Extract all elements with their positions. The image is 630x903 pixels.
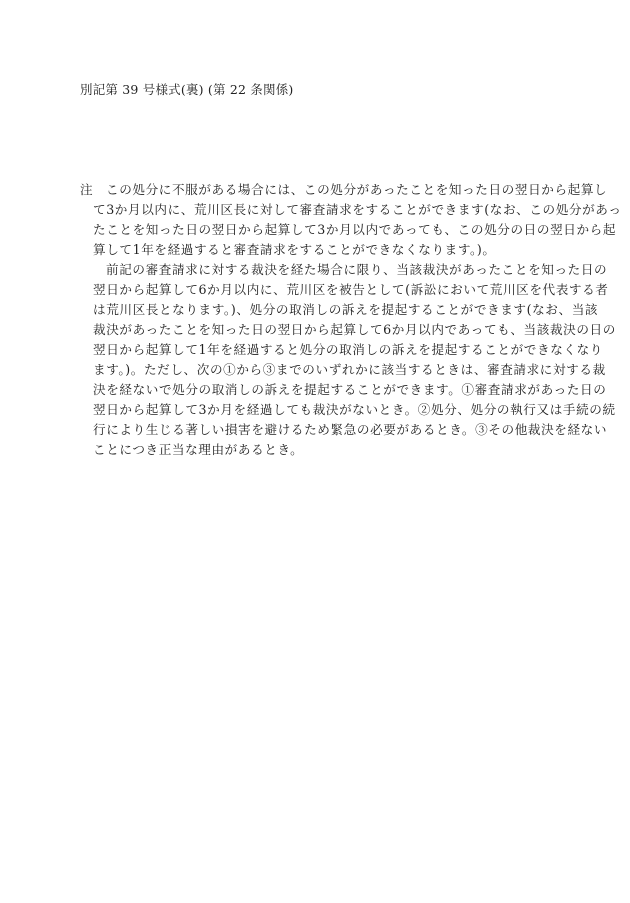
note-line-14: ことにつき正当な理由があるとき。: [80, 440, 535, 460]
note-label: 注: [80, 180, 106, 200]
note-line-11: 決を経ないで処分の取消しの訴えを提起することができます。①審査請求があった日の: [80, 380, 535, 400]
note-line-10: ます。)。ただし、次の①から③までのいずれかに該当するときは、審査請求に対する裁: [80, 360, 535, 380]
note-line-8: 裁決があったことを知った日の翌日から起算して6か月以内であっても、当該裁決の日の: [80, 320, 535, 340]
note-line-3: たことを知った日の翌日から起算して3か月以内であっても、この処分の日の翌日から起: [80, 220, 535, 240]
note-line-7: は荒川区長となります。)、処分の取消しの訴えを提起することができます(なお、当該: [80, 300, 535, 320]
note-section: 注この処分に不服がある場合には、この処分があったことを知った日の翌日から起算し …: [80, 180, 535, 460]
note-line-12: 翌日から起算して3か月を経過しても裁決がないとき。②処分、処分の執行又は手続の続: [80, 400, 535, 420]
note-line-9: 翌日から起算して1年を経過すると処分の取消しの訴えを提起することができなくなり: [80, 340, 535, 360]
note-line-13: 行により生じる著しい損害を避けるため緊急の必要があるとき。③その他裁決を経ない: [80, 420, 535, 440]
form-heading: 別記第 39 号様式(裏) (第 22 条関係): [80, 80, 294, 98]
note-line-2: て3か月以内に、荒川区長に対して審査請求をすることができます(なお、この処分があ…: [80, 200, 535, 220]
note-line-4: 算して1年を経過すると審査請求をすることができなくなります。)。: [80, 240, 535, 260]
note-line-5: 前記の審査請求に対する裁決を経た場合に限り、当該裁決があったことを知った日の: [80, 260, 535, 280]
note-line-6: 翌日から起算して6か月以内に、荒川区を被告として(訴訟において荒川区を代表する者: [80, 280, 535, 300]
note-line-1: 注この処分に不服がある場合には、この処分があったことを知った日の翌日から起算し: [80, 180, 535, 200]
